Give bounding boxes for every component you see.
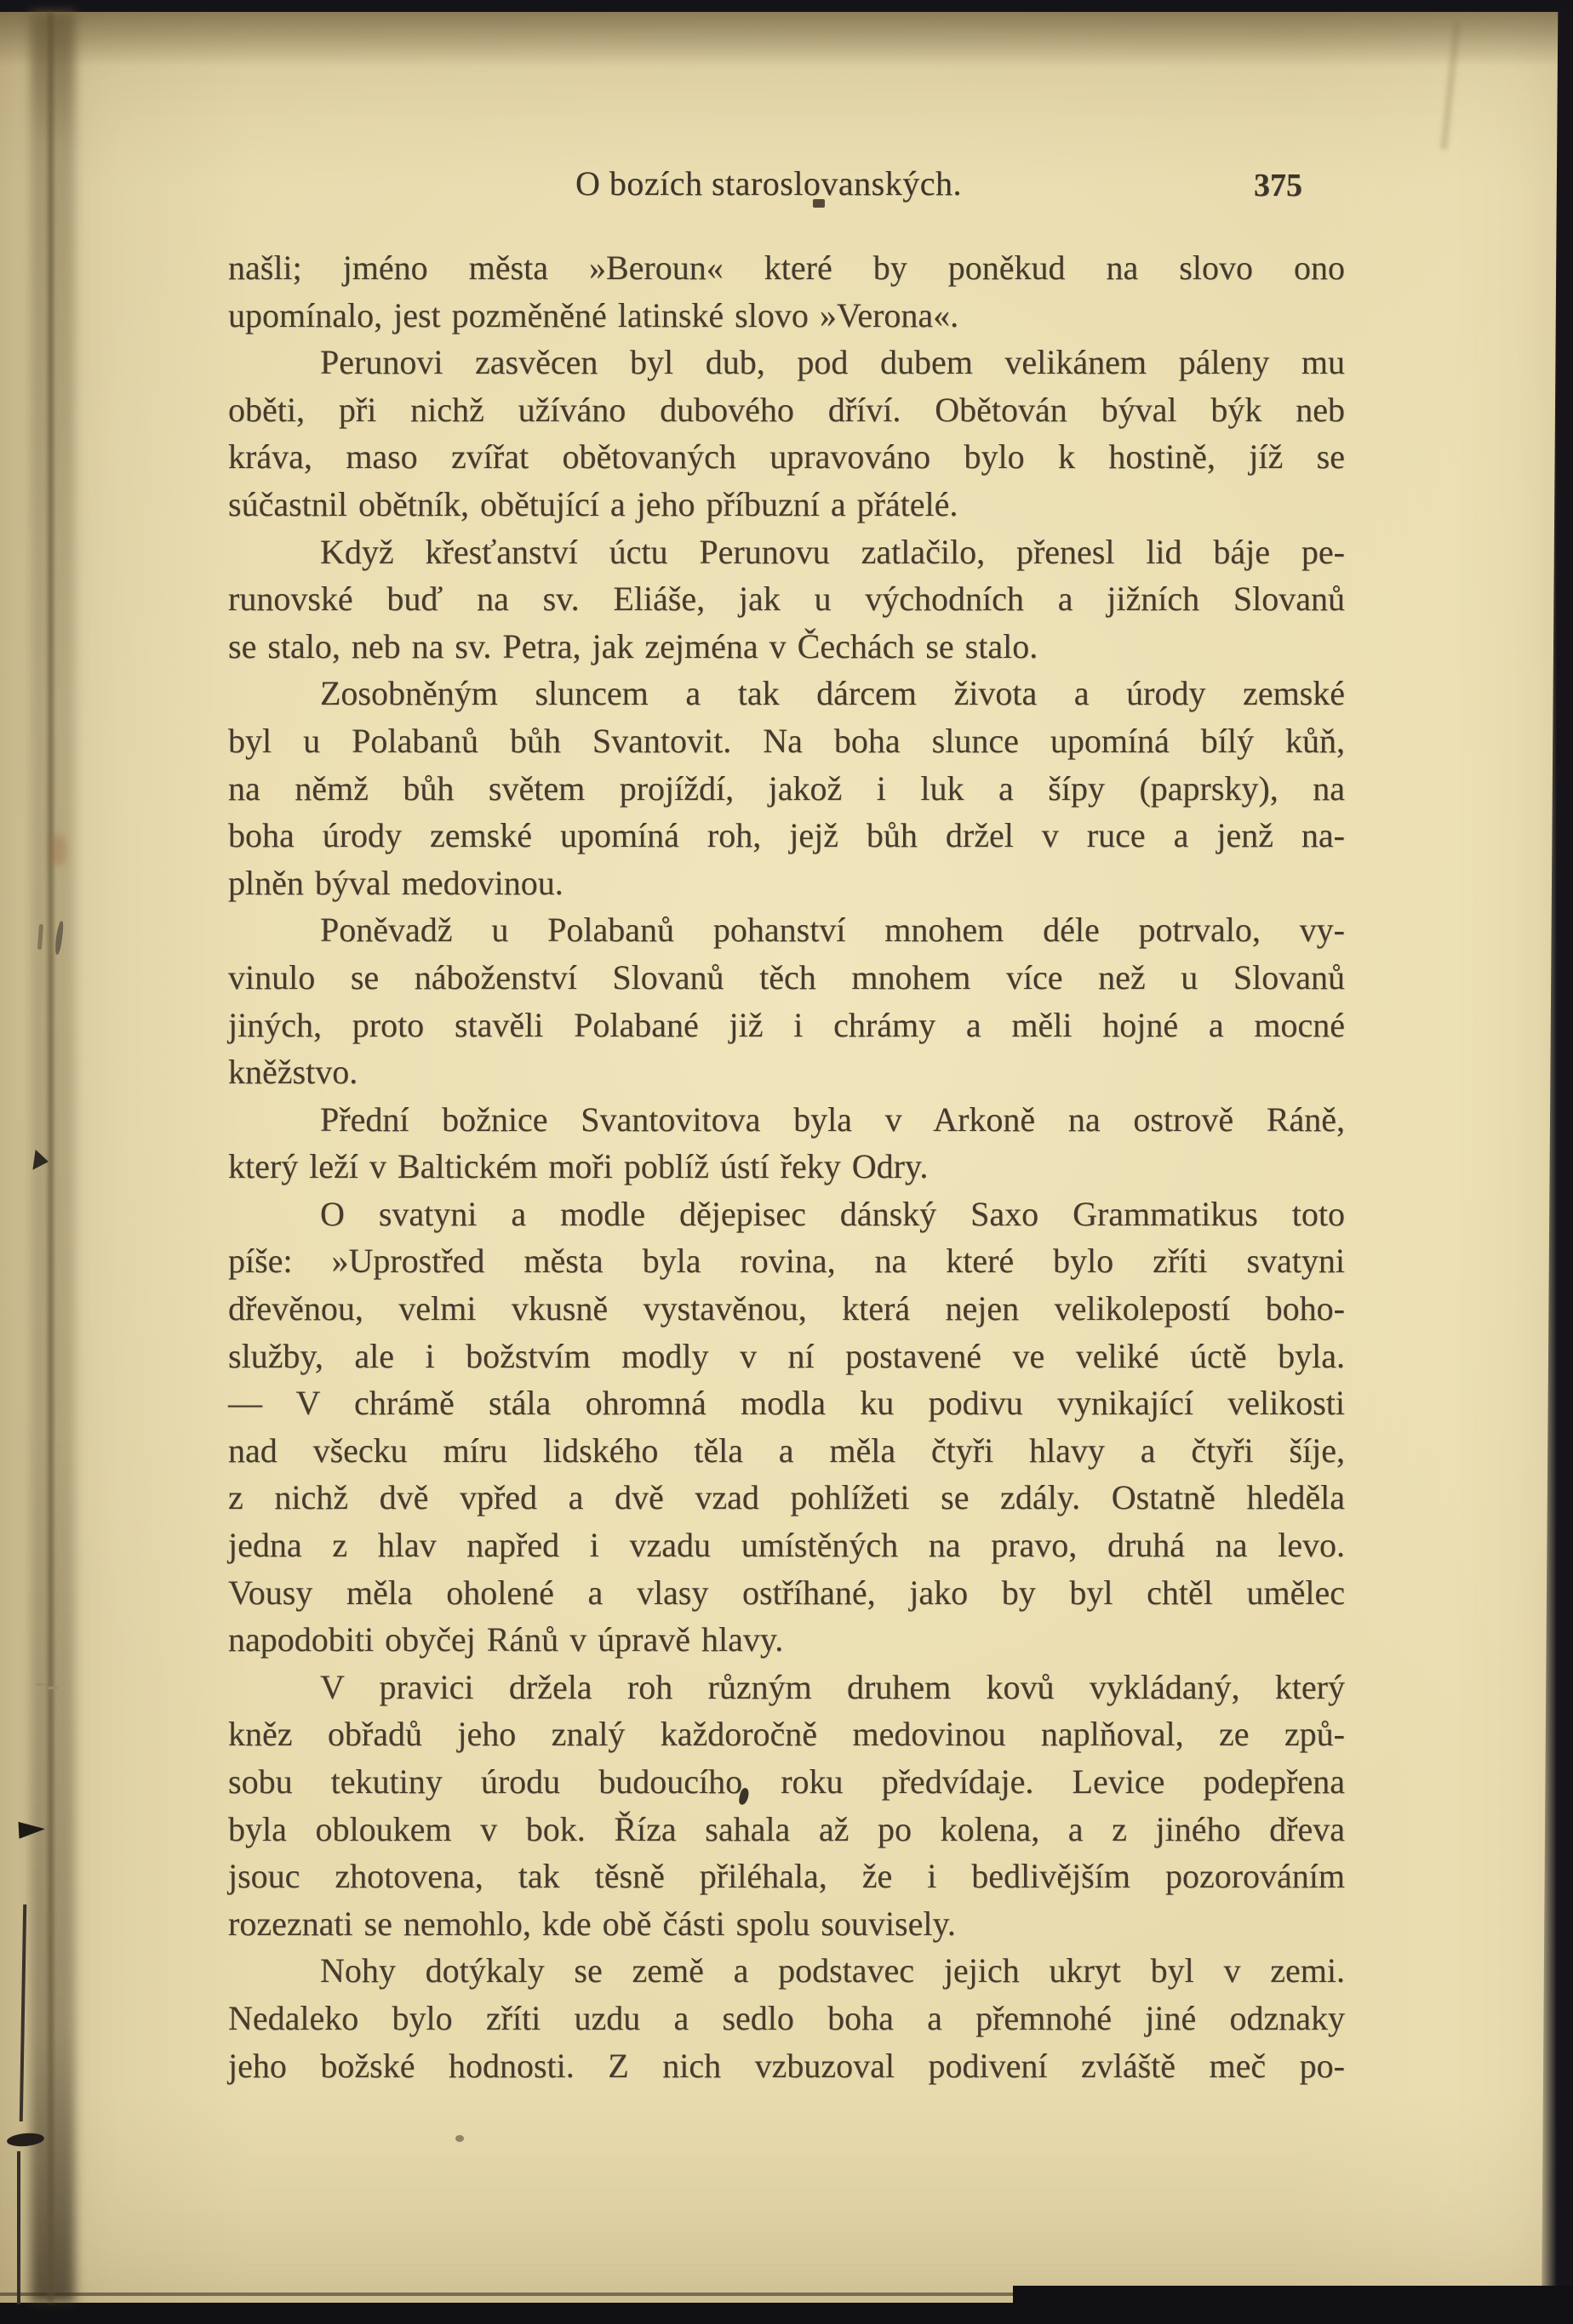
text-line: Poněvadž u Polabanů pohanství mnohem dél… [228, 906, 1345, 954]
text-line: jeho božské hodnosti. Z nich vzbuzoval p… [228, 2042, 1345, 2090]
text-line: runovské buď na sv. Eliáše, jak u východ… [228, 575, 1345, 623]
text-line: Nohy dotýkaly se země a podstavec jejich… [228, 1947, 1345, 1995]
margin-triangle-mark [32, 1150, 49, 1172]
text-line: Perunovi zasvěcen byl dub, pod dubem vel… [228, 339, 1345, 386]
text-line: oběti, při nichž užíváno dubového dříví.… [228, 386, 1345, 434]
text-line: jedna z hlav napřed i vzadu umístěných n… [228, 1522, 1345, 1569]
paragraph: našli; jméno města »Beroun« které by pon… [228, 244, 1345, 339]
text-line: dřevěnou, velmi vkusně vystavěnou, která… [228, 1285, 1345, 1333]
text-line: plněn býval medovinou. [228, 859, 1345, 907]
book-page-scan: O bozích staroslovanských. 375 našli; jm… [0, 0, 1573, 2324]
paragraph: Přední božnice Svantovitova byla v Arkon… [228, 1096, 1345, 1191]
text-line: služby, ale i božstvím modly v ní postav… [228, 1333, 1345, 1380]
margin-smudge [49, 834, 66, 866]
scan-edge-bottom-line [0, 2293, 1013, 2296]
text-line: V pravici držela roh různým druhem kovů … [228, 1664, 1345, 1711]
text-line: se stalo, neb na sv. Petra, jak zejména … [228, 623, 1345, 671]
scan-edge-bottom-step [1013, 2286, 1573, 2324]
text-line: píše: »Uprostřed města byla rovina, na k… [228, 1237, 1345, 1285]
paragraph: Poněvadž u Polabanů pohanství mnohem dél… [228, 906, 1345, 1095]
text-line: — V chrámě stála ohromná modla ku podivu… [228, 1379, 1345, 1427]
text-line: byl u Polabanů bůh Svantovit. Na boha sl… [228, 717, 1345, 765]
margin-scratch-line-lower [17, 2151, 20, 2304]
scan-edge-right [1537, 10, 1573, 2302]
text-line: Nedaleko bylo zříti uzdu a sedlo boha a … [228, 1995, 1345, 2042]
margin-scratch-line-upper [20, 1904, 26, 2121]
margin-arrow-mark [18, 1820, 45, 1839]
margin-dash-marks [37, 1682, 59, 1692]
text-line: Přední božnice Svantovitova byla v Arkon… [228, 1096, 1345, 1144]
paragraph: Když křesťanství úctu Perunovu zatlačilo… [228, 528, 1345, 671]
text-line: našli; jméno města »Beroun« které by pon… [228, 244, 1345, 292]
text-line: Když křesťanství úctu Perunovu zatlačilo… [228, 528, 1345, 576]
text-line: z nichž dvě vpřed a dvě vzad pohlížeti s… [228, 1474, 1345, 1522]
text-line: rozeznati se nemohlo, kde obě části spol… [228, 1900, 1345, 1948]
text-line: Vousy měla oholené a vlasy ostříhané, ja… [228, 1569, 1345, 1617]
text-line: kněžstvo. [228, 1048, 1345, 1096]
text-line: upomínalo, jest pozměněné latinské slovo… [228, 292, 1345, 340]
text-line: súčastnil obětník, obětující a jeho příb… [228, 481, 1345, 528]
running-title: O bozích staroslovanských. [211, 163, 1326, 204]
page-number: 375 [1226, 165, 1302, 206]
text-line: jsouc zhotovena, tak těsně přiléhala, že… [228, 1853, 1345, 1900]
text-line: na němž bůh světem projíždí, jakož i luk… [228, 765, 1345, 813]
paragraph: Perunovi zasvěcen byl dub, pod dubem vel… [228, 339, 1345, 528]
text-line: O svatyni a modle dějepisec dánský Saxo … [228, 1191, 1345, 1238]
text-line: který leží v Baltickém moři poblíž ústí … [228, 1143, 1345, 1191]
text-line: napodobiti obyčej Ránů v úpravě hlavy. [228, 1616, 1345, 1664]
scan-edge-top-shadow [0, 12, 1573, 66]
paragraph: Nohy dotýkaly se země a podstavec jejich… [228, 1947, 1345, 2089]
text-line: kněz obřadů jeho znalý každoročně medovi… [228, 1710, 1345, 1758]
text-line: kráva, maso zvířat obětovaných upravován… [228, 433, 1345, 481]
text-line: boha úrody zemské upomíná roh, jejž bůh … [228, 812, 1345, 859]
ink-speck-bottom [455, 2135, 464, 2142]
paragraph: Zosobněným sluncem a tak dárcem života a… [228, 670, 1345, 906]
text-line: nad všecku míru lidského těla a měla čty… [228, 1427, 1345, 1475]
text-line: sobu tekutiny úrodu budoucího roku předv… [228, 1758, 1345, 1806]
paragraph: V pravici držela roh různým druhem kovů … [228, 1664, 1345, 1948]
text-line: jiných, proto stavěli Polabané již i chr… [228, 1002, 1345, 1049]
body-text: našli; jméno města »Beroun« které by pon… [228, 244, 1345, 2089]
text-line: byla obloukem v bok. Říza sahala až po k… [228, 1806, 1345, 1853]
paragraph: O svatyni a modle dějepisec dánský Saxo … [228, 1191, 1345, 1664]
text-line: vinulo se náboženství Slovanů těch mnohe… [228, 954, 1345, 1002]
text-line: Zosobněným sluncem a tak dárcem života a… [228, 670, 1345, 717]
scan-edge-top [0, 0, 1573, 12]
